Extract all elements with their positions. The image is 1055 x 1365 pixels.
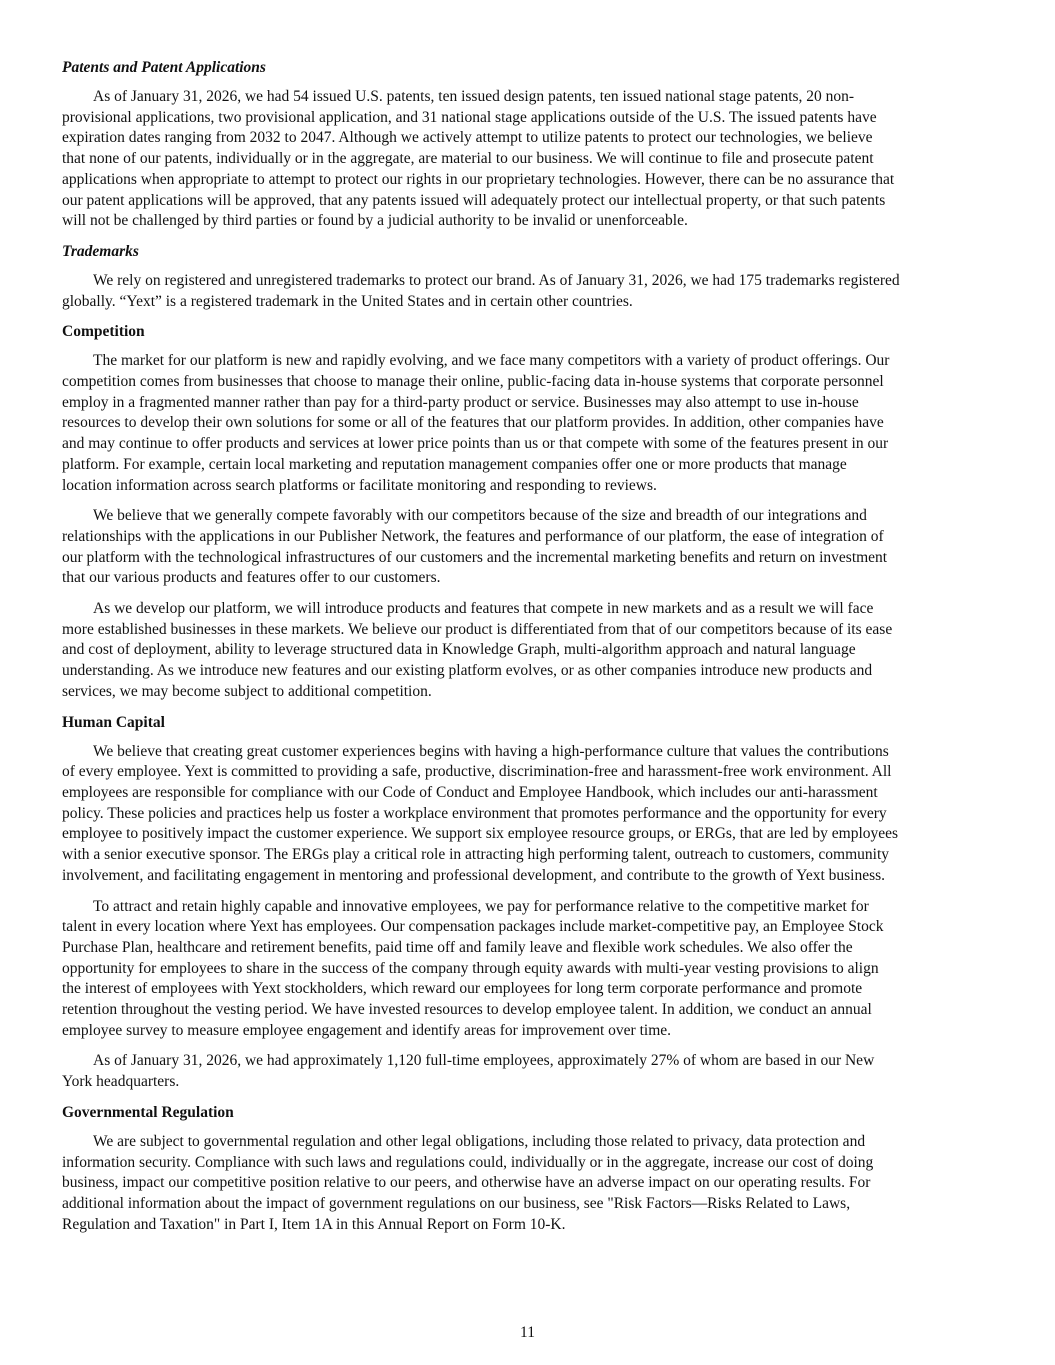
text-line: relationships with the applications in o… — [62, 527, 1002, 548]
text-line: will not be challenged by third parties … — [62, 211, 1002, 232]
text-line: To attract and retain highly capable and… — [62, 897, 1002, 918]
text-line: competition comes from businesses that c… — [62, 372, 1002, 393]
text-line: location information across search platf… — [62, 476, 1002, 497]
text-line: We rely on registered and unregistered t… — [62, 271, 1002, 292]
section-trademarks: Trademarks We rely on registered and unr… — [62, 242, 1002, 312]
text-line: that none of our patents, individually o… — [62, 149, 1002, 170]
section-heading: Competition — [62, 322, 1002, 342]
text-line: York headquarters. — [62, 1072, 1002, 1093]
text-line: that our various products and features o… — [62, 568, 1002, 589]
text-line: applications when appropriate to attempt… — [62, 170, 1002, 191]
section-human-capital: Human Capital We believe that creating g… — [62, 713, 1002, 1093]
text-line: with a senior executive sponsor. The ERG… — [62, 845, 1002, 866]
section-patents: Patents and Patent Applications As of Ja… — [62, 58, 1002, 232]
text-line: As of January 31, 2026, we had 54 issued… — [62, 87, 1002, 108]
text-line: business, impact our competitive positio… — [62, 1173, 1002, 1194]
text-line: As we develop our platform, we will intr… — [62, 599, 1002, 620]
text-line: Regulation and Taxation" in Part I, Item… — [62, 1215, 1002, 1236]
section-heading: Human Capital — [62, 713, 1002, 733]
text-line: opportunity for employees to share in th… — [62, 959, 1002, 980]
section-competition: Competition The market for our platform … — [62, 322, 1002, 702]
text-line: We believe that creating great customer … — [62, 742, 1002, 763]
text-line: additional information about the impact … — [62, 1194, 1002, 1215]
text-line: employ in a fragmented manner rather tha… — [62, 393, 1002, 414]
section-governmental-regulation: Governmental Regulation We are subject t… — [62, 1103, 1002, 1236]
text-line: The market for our platform is new and r… — [62, 351, 1002, 372]
text-line: retention throughout the vesting period.… — [62, 1000, 1002, 1021]
section-heading: Trademarks — [62, 242, 1002, 262]
text-line: services, we may become subject to addit… — [62, 682, 1002, 703]
text-line: resources to develop their own solutions… — [62, 413, 1002, 434]
text-line: employee to positively impact the custom… — [62, 824, 1002, 845]
text-line: employees are responsible for compliance… — [62, 783, 1002, 804]
text-line: and cost of deployment, ability to lever… — [62, 640, 1002, 661]
text-line: the interest of employees with Yext stoc… — [62, 979, 1002, 1000]
paragraph: We are subject to governmental regulatio… — [62, 1132, 1002, 1236]
paragraph: As of January 31, 2026, we had approxima… — [62, 1051, 1002, 1092]
page-number: 11 — [0, 1324, 1055, 1342]
paragraph: To attract and retain highly capable and… — [62, 897, 1002, 1042]
text-line: talent in every location where Yext has … — [62, 917, 1002, 938]
text-line: and may continue to offer products and s… — [62, 434, 1002, 455]
text-line: of every employee. Yext is committed to … — [62, 762, 1002, 783]
document-page: Patents and Patent Applications As of Ja… — [62, 58, 1002, 1245]
text-line: provisional applications, two provisiona… — [62, 108, 1002, 129]
text-line: As of January 31, 2026, we had approxima… — [62, 1051, 1002, 1072]
paragraph: As of January 31, 2026, we had 54 issued… — [62, 87, 1002, 232]
paragraph: The market for our platform is new and r… — [62, 351, 1002, 496]
section-heading: Governmental Regulation — [62, 1103, 1002, 1123]
text-line: understanding. As we introduce new featu… — [62, 661, 1002, 682]
text-line: policy. These policies and practices hel… — [62, 804, 1002, 825]
text-line: We believe that we generally compete fav… — [62, 506, 1002, 527]
text-line: platform. For example, certain local mar… — [62, 455, 1002, 476]
section-heading: Patents and Patent Applications — [62, 58, 1002, 78]
paragraph: We rely on registered and unregistered t… — [62, 271, 1002, 312]
text-line: employee survey to measure employee enga… — [62, 1021, 1002, 1042]
text-line: involvement, and facilitating engagement… — [62, 866, 1002, 887]
paragraph: As we develop our platform, we will intr… — [62, 599, 1002, 703]
text-line: our platform with the technological infr… — [62, 548, 1002, 569]
text-line: globally. “Yext” is a registered tradema… — [62, 292, 1002, 313]
text-line: expiration dates ranging from 2032 to 20… — [62, 128, 1002, 149]
paragraph: We believe that creating great customer … — [62, 742, 1002, 887]
text-line: more established businesses in these mar… — [62, 620, 1002, 641]
text-line: information security. Compliance with su… — [62, 1153, 1002, 1174]
text-line: We are subject to governmental regulatio… — [62, 1132, 1002, 1153]
text-line: our patent applications will be approved… — [62, 191, 1002, 212]
paragraph: We believe that we generally compete fav… — [62, 506, 1002, 589]
text-line: Purchase Plan, healthcare and retirement… — [62, 938, 1002, 959]
